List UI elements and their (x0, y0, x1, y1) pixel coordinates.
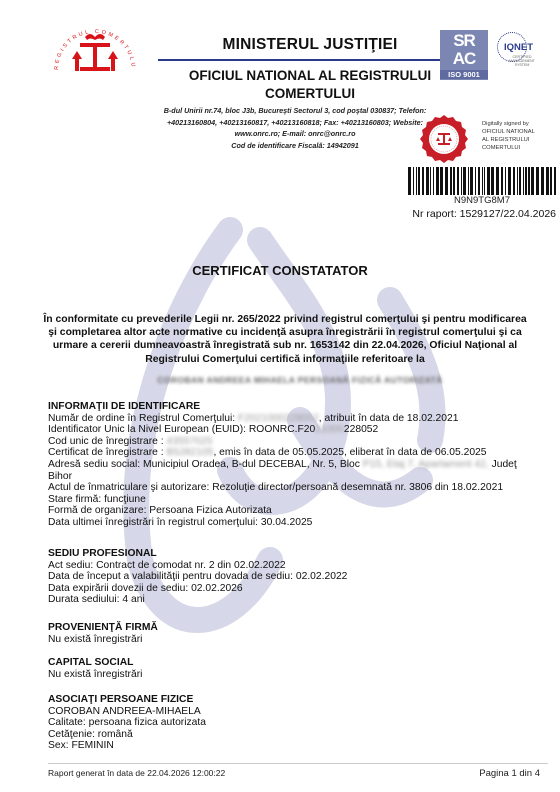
section-text: Nu există înregistrări (48, 634, 548, 646)
euid-row: Identificator Unic la Nivel European (EU… (48, 424, 548, 436)
cui-row: Cod unic de înregistrare : 43557025 (48, 436, 548, 448)
section-identification: INFORMAŢII DE IDENTIFICARE Număr de ordi… (48, 401, 548, 529)
field-label: Cod unic de înregistrare : (48, 436, 166, 447)
redacted-value: B5282105 (166, 447, 213, 458)
barcode-value: N9N9TG8M7 (408, 195, 556, 206)
office-address: B-dul Unirii nr.74, bloc J3b, Bucureşti … (140, 105, 450, 151)
redacted-value: 21000 (315, 424, 344, 435)
associate-role: Calitate: persoana fizica autorizata (48, 717, 548, 729)
wax-seal-icon (418, 113, 470, 165)
document-title: CERTIFICAT CONSTATATOR (0, 263, 560, 278)
report-number: Nr raport: 1529127/22.04.2026 (380, 208, 556, 220)
office-name-line1: OFICIUL NATIONAL AL REGISTRULUI (150, 67, 470, 85)
barcode (408, 167, 556, 195)
redacted-value: 43557025 (166, 436, 212, 447)
address-line: B-dul Unirii nr.74, bloc J3b, Bucureşti … (140, 105, 450, 117)
address-line: +40213160804, +40213160817, +40213160818… (140, 117, 450, 129)
section-share-capital: CAPITAL SOCIAL Nu există înregistrări (48, 657, 548, 680)
section-associates: ASOCIAŢI PERSOANE FIZICE COROBAN ANDREEA… (48, 694, 548, 752)
associate-name: COROBAN ANDREEA-MIHAELA (48, 706, 548, 718)
intro-paragraph: În conformitate cu prevederile Legii nr.… (40, 313, 530, 366)
redacted-value: P15, Etaj 7, Apartament 42, (363, 459, 489, 470)
organization-form: Formă de organizare: Persoana Fizica Aut… (48, 505, 548, 517)
signed-line: COMERTULUI (482, 144, 557, 152)
section-heading: SEDIU PROFESIONAL (48, 548, 548, 560)
field-label: Număr de ordine în Registrul Comerţului: (48, 413, 238, 424)
intro-line: urmare a cererii dumneavoastră înregistr… (40, 339, 530, 352)
last-registration-date: Data ultimei înregistrări în registrul c… (48, 517, 548, 529)
field-label: Identificator Unic la Nivel European (EU… (48, 424, 315, 435)
entity-name-redacted: COROBAN ANDREEA MIHAELA PERSOANĂ FIZICĂ … (130, 375, 470, 385)
page-indicator: Pagina 1 din 4 (400, 768, 540, 779)
section-heading: INFORMAŢII DE IDENTIFICARE (48, 401, 548, 413)
srac-bottom: AC (440, 48, 488, 66)
ministry-name: MINISTERUL JUSTIŢIEI (160, 36, 460, 54)
registration-number-row: Număr de ordine în Registrul Comerţului:… (48, 413, 548, 425)
address-line: www.onrc.ro; E-mail: onrc@onrc.ro (140, 128, 450, 140)
iso-label: ISO 9001 (440, 70, 488, 79)
field-value: Judeţ (489, 459, 517, 470)
fiscal-code: Cod de identificare Fiscală: 14942091 (140, 140, 450, 152)
intro-line: În conformitate cu prevederile Legii nr.… (40, 313, 530, 326)
srac-iso-badge: SR AC ISO 9001 (440, 30, 488, 80)
redacted-value: F2021000228052 (238, 413, 319, 424)
signed-line: OFICIUL NATIONAL (482, 128, 557, 136)
office-name-line2: COMERTULUI (150, 85, 470, 103)
intro-line: Registrului Comerţului certifică informa… (40, 353, 530, 366)
field-label: Adresă sediu social: Municipiul Oradea, … (48, 459, 363, 470)
footer-divider (48, 763, 548, 764)
address-county: Bihor (48, 471, 548, 483)
signed-line: Digitally signed by (482, 120, 557, 128)
section-text: Nu există înregistrări (48, 669, 548, 681)
section-company-origin: PROVENIENŢĂ FIRMĂ Nu există înregistrări (48, 622, 548, 645)
section-heading: ASOCIAŢI PERSOANE FIZICE (48, 694, 548, 706)
section-heading: PROVENIENŢĂ FIRMĂ (48, 622, 548, 634)
office-line: Durata sediului: 4 ani (48, 594, 548, 606)
office-line: Act sediu: Contract de comodat nr. 2 din… (48, 560, 548, 572)
section-professional-office: SEDIU PROFESIONAL Act sediu: Contract de… (48, 548, 548, 606)
field-value: , emis în data de 05.05.2025, eliberat î… (213, 447, 486, 458)
digital-signature-note: Digitally signed by OFICIUL NATIONAL AL … (482, 120, 557, 152)
header-divider (158, 59, 466, 61)
certificate-row: Certificat de înregistrare : B5282105, e… (48, 447, 548, 459)
field-label: Certificat de înregistrare : (48, 447, 166, 458)
associate-citizenship: Cetăţenie: română (48, 729, 548, 741)
office-line: Data expirării dovezii de sediu: 02.02.2… (48, 583, 548, 595)
field-value: , atribuit în data de 18.02.2021 (319, 413, 459, 424)
registration-act: Actul de înmatriculare şi autorizare: Re… (48, 482, 548, 494)
iqnet-sub: CERTIFIED MANAGEMENT SYSTEM (502, 55, 542, 68)
iqnet-name: IQNET (504, 42, 533, 53)
report-generated-timestamp: Raport generat în data de 22.04.2026 12:… (48, 768, 225, 778)
iqnet-badge: IQNET CERTIFIED MANAGEMENT SYSTEM (494, 30, 544, 80)
signed-line: AL REGISTRULUI (482, 136, 557, 144)
office-name: OFICIUL NATIONAL AL REGISTRULUI COMERTUL… (150, 67, 470, 103)
srac-top: SR (440, 30, 488, 48)
company-status: Stare firmă: funcţiune (48, 494, 548, 506)
registrul-comertului-logo: REGISTRUL COMERTULUI (50, 15, 140, 85)
associate-sex: Sex: FEMININ (48, 740, 548, 752)
section-heading: CAPITAL SOCIAL (48, 657, 548, 669)
field-value: 228052 (344, 424, 378, 435)
address-row: Adresă sediu social: Municipiul Oradea, … (48, 459, 548, 471)
intro-line: şi completarea altor acte normative cu i… (40, 326, 530, 339)
office-line: Data de început a valabilităţii pentru d… (48, 571, 548, 583)
